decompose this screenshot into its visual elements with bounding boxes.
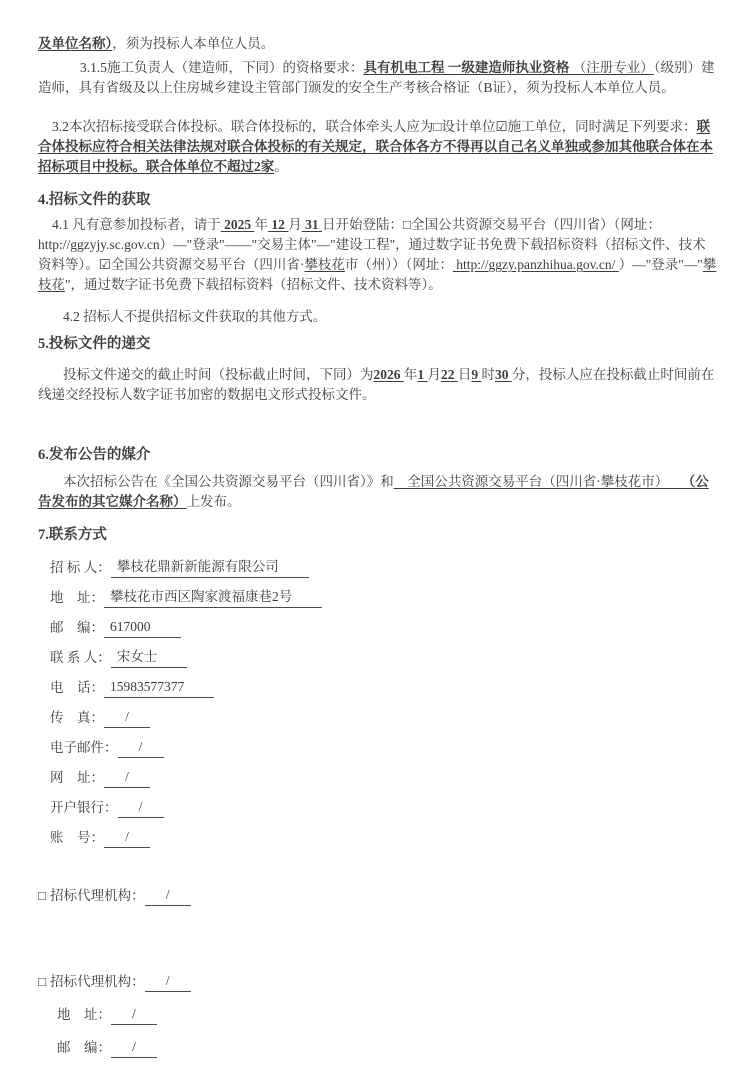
- label-text: 招 标 人: [50, 560, 97, 575]
- label-text: 地 址: [57, 1007, 98, 1022]
- field-label: 邮 编：: [57, 1040, 111, 1055]
- label-colon: ：: [91, 830, 105, 845]
- section-heading-4: 4.招标文件的获取: [38, 190, 719, 210]
- section-heading-6: 6.发布公告的媒介: [38, 445, 719, 465]
- field-value: /: [104, 767, 150, 788]
- label-colon: ：: [98, 1040, 112, 1055]
- label-text: 网 址: [50, 770, 91, 785]
- field-label: 招标代理机构：: [50, 974, 145, 989]
- field-label: 网 址：: [50, 770, 104, 785]
- checkbox-unchecked-icon: □: [38, 972, 46, 992]
- field-value: 617000: [104, 617, 181, 638]
- text-run: 月: [288, 217, 302, 232]
- field-label: 传 真：: [50, 710, 104, 725]
- text-run: 及单位名称）: [38, 36, 112, 51]
- contact-row-postcode: 邮 编：617000: [50, 617, 719, 637]
- text-run: 3.1.5施工负责人（建造师，下同）的资格要求：: [80, 60, 364, 75]
- agency-row-1: □招标代理机构：/: [38, 885, 719, 905]
- field-label: 电子邮件：: [50, 740, 118, 755]
- field-label: 电 话：: [50, 680, 104, 695]
- text-run: 本次招标公告在《全国公共资源交易平台（四川省）》和: [63, 474, 394, 489]
- agency-section: □招标代理机构：/ □招标代理机构：/ 地 址：/ 邮 编：/: [38, 885, 719, 1057]
- text-run: 月: [428, 367, 442, 382]
- document-page: 及单位名称），须为投标人本单位人员。 3.1.5施工负责人（建造师，下同）的资格…: [0, 0, 755, 1072]
- label-colon: ：: [91, 770, 105, 785]
- text-run: 市（州））（网址：: [345, 257, 453, 272]
- text-run-url: http://ggzy.panzhihua.gov.cn/: [453, 257, 619, 272]
- field-label: 邮 编：: [50, 620, 104, 635]
- text-run: 攀枝花: [304, 257, 345, 272]
- label-text: 传 真: [50, 710, 91, 725]
- label-colon: ：: [97, 650, 111, 665]
- text-run: 投标文件递交的截止时间（投标截止时间，下同）为: [63, 367, 374, 382]
- text-run: 年: [404, 367, 418, 382]
- label-colon: ：: [98, 1007, 112, 1022]
- label-colon: ：: [91, 590, 105, 605]
- text-run: 年: [255, 217, 269, 232]
- field-value: 15983577377: [104, 677, 214, 698]
- label-text: 地 址: [50, 590, 91, 605]
- label-text: 开户银行: [50, 800, 104, 815]
- paragraph-6-media: 本次招标公告在《全国公共资源交易平台（四川省）》和 全国公共资源交易平台（四川省…: [38, 472, 719, 512]
- label-colon: ：: [97, 560, 111, 575]
- text-run: 2026: [374, 367, 404, 382]
- contact-row-tenderer: 招 标 人：攀枝花鼎新新能源有限公司: [50, 557, 719, 577]
- field-value: /: [118, 797, 164, 818]
- field-value: /: [118, 737, 164, 758]
- label-colon: ：: [91, 620, 105, 635]
- field-value: 攀枝花鼎新新能源有限公司: [111, 557, 309, 578]
- text-run: 1: [417, 367, 427, 382]
- contact-info-list: 招 标 人：攀枝花鼎新新能源有限公司 地 址：攀枝花市西区陶家渡福康巷2号 邮 …: [38, 557, 719, 847]
- label-text: 招标代理机构: [50, 974, 131, 989]
- field-label: 开户银行：: [50, 800, 118, 815]
- field-value: /: [111, 1004, 157, 1025]
- section-heading-5: 5.投标文件的递交: [38, 334, 719, 354]
- paragraph-4-1-document-access: 4.1 凡有意参加投标者，请于 2025 年 12 月 31 日开始登陆：□全国…: [38, 215, 719, 295]
- label-colon: ：: [104, 740, 118, 755]
- text-run: 22: [441, 367, 458, 382]
- label-colon: ：: [91, 710, 105, 725]
- text-run: 2025: [221, 217, 255, 232]
- text-run: 9: [471, 367, 481, 382]
- contact-row-bank: 开户银行：/: [50, 797, 719, 817]
- text-run: 全国公共资源交易平台（四川省·攀枝花市）: [394, 474, 689, 489]
- label-text: 联 系 人: [50, 650, 97, 665]
- field-value: 攀枝花市西区陶家渡福康巷2号: [104, 587, 322, 608]
- contact-row-account: 账 号：/: [50, 827, 719, 847]
- label-text: 招标代理机构: [50, 888, 131, 903]
- contact-row-website: 网 址：/: [50, 767, 719, 787]
- field-value: /: [145, 885, 191, 906]
- agency-sub-row-address: 地 址：/: [38, 1004, 719, 1024]
- text-run: 4.1 凡有意参加投标者，请于: [52, 217, 221, 232]
- field-value: /: [104, 827, 150, 848]
- label-colon: ：: [131, 888, 145, 903]
- contact-row-fax: 传 真：/: [50, 707, 719, 727]
- paragraph-3-2-consortium: 3.2本次招标接受联合体投标。联合体投标的，联合体牵头人应为□设计单位☑施工单位…: [38, 117, 719, 177]
- field-label: 联 系 人：: [50, 650, 111, 665]
- field-label: 地 址：: [50, 590, 104, 605]
- text-run: 31: [302, 217, 322, 232]
- contact-row-person: 联 系 人：宋女士: [50, 647, 719, 667]
- text-run: 30: [495, 367, 512, 382]
- checkbox-unchecked-icon: □: [38, 886, 46, 906]
- contact-row-address: 地 址：攀枝花市西区陶家渡福康巷2号: [50, 587, 719, 607]
- label-text: 邮 编: [57, 1040, 98, 1055]
- paragraph-unit-name-clause: 及单位名称），须为投标人本单位人员。: [38, 34, 719, 54]
- text-run: "，通过数字证书免费下载招标资料（招标文件、技术资料等）。: [65, 277, 442, 292]
- label-text: 电子邮件: [50, 740, 104, 755]
- field-label: 招 标 人：: [50, 560, 111, 575]
- section-heading-7: 7.联系方式: [38, 525, 719, 545]
- field-value: /: [145, 971, 191, 992]
- text-run: 时: [482, 367, 496, 382]
- contact-row-phone: 电 话：15983577377: [50, 677, 719, 697]
- text-run: 上发布。: [187, 494, 241, 509]
- label-colon: ：: [131, 974, 145, 989]
- text-run: （注册专业）: [573, 60, 654, 75]
- label-text: 邮 编: [50, 620, 91, 635]
- label-colon: ：: [91, 680, 105, 695]
- paragraph-4-2-no-other-method: 4.2 招标人不提供招标文件获取的其他方式。: [38, 307, 719, 327]
- label-colon: ：: [104, 800, 118, 815]
- field-label: 招标代理机构：: [50, 888, 145, 903]
- label-text: 电 话: [50, 680, 91, 695]
- field-value: /: [104, 707, 150, 728]
- contact-row-email: 电子邮件：/: [50, 737, 719, 757]
- field-value: 宋女士: [111, 647, 188, 668]
- label-text: 账 号: [50, 830, 91, 845]
- agency-row-2: □招标代理机构：/: [38, 971, 719, 991]
- field-label: 地 址：: [57, 1007, 111, 1022]
- field-value: /: [111, 1037, 157, 1058]
- agency-sub-row-postcode: 邮 编：/: [38, 1037, 719, 1057]
- text-run: 。: [274, 159, 288, 174]
- paragraph-3-1-5-qualification: 3.1.5施工负责人（建造师，下同）的资格要求：具有机电工程 一级建造师执业资格…: [38, 58, 719, 98]
- text-run: 具有机电工程 一级建造师执业资格: [364, 60, 573, 75]
- text-run: 3.2本次招标接受联合体投标。联合体投标的，联合体牵头人应为□设计单位☑施工单位…: [52, 119, 697, 134]
- field-label: 账 号：: [50, 830, 104, 845]
- text-run: 日: [458, 367, 472, 382]
- text-run: 12: [268, 217, 288, 232]
- text-run: ，须为投标人本单位人员。: [112, 36, 274, 51]
- text-run: ）—"登录"—": [619, 257, 703, 272]
- paragraph-5-deadline: 投标文件递交的截止时间（投标截止时间，下同）为2026 年1 月22 日9 时3…: [38, 365, 719, 405]
